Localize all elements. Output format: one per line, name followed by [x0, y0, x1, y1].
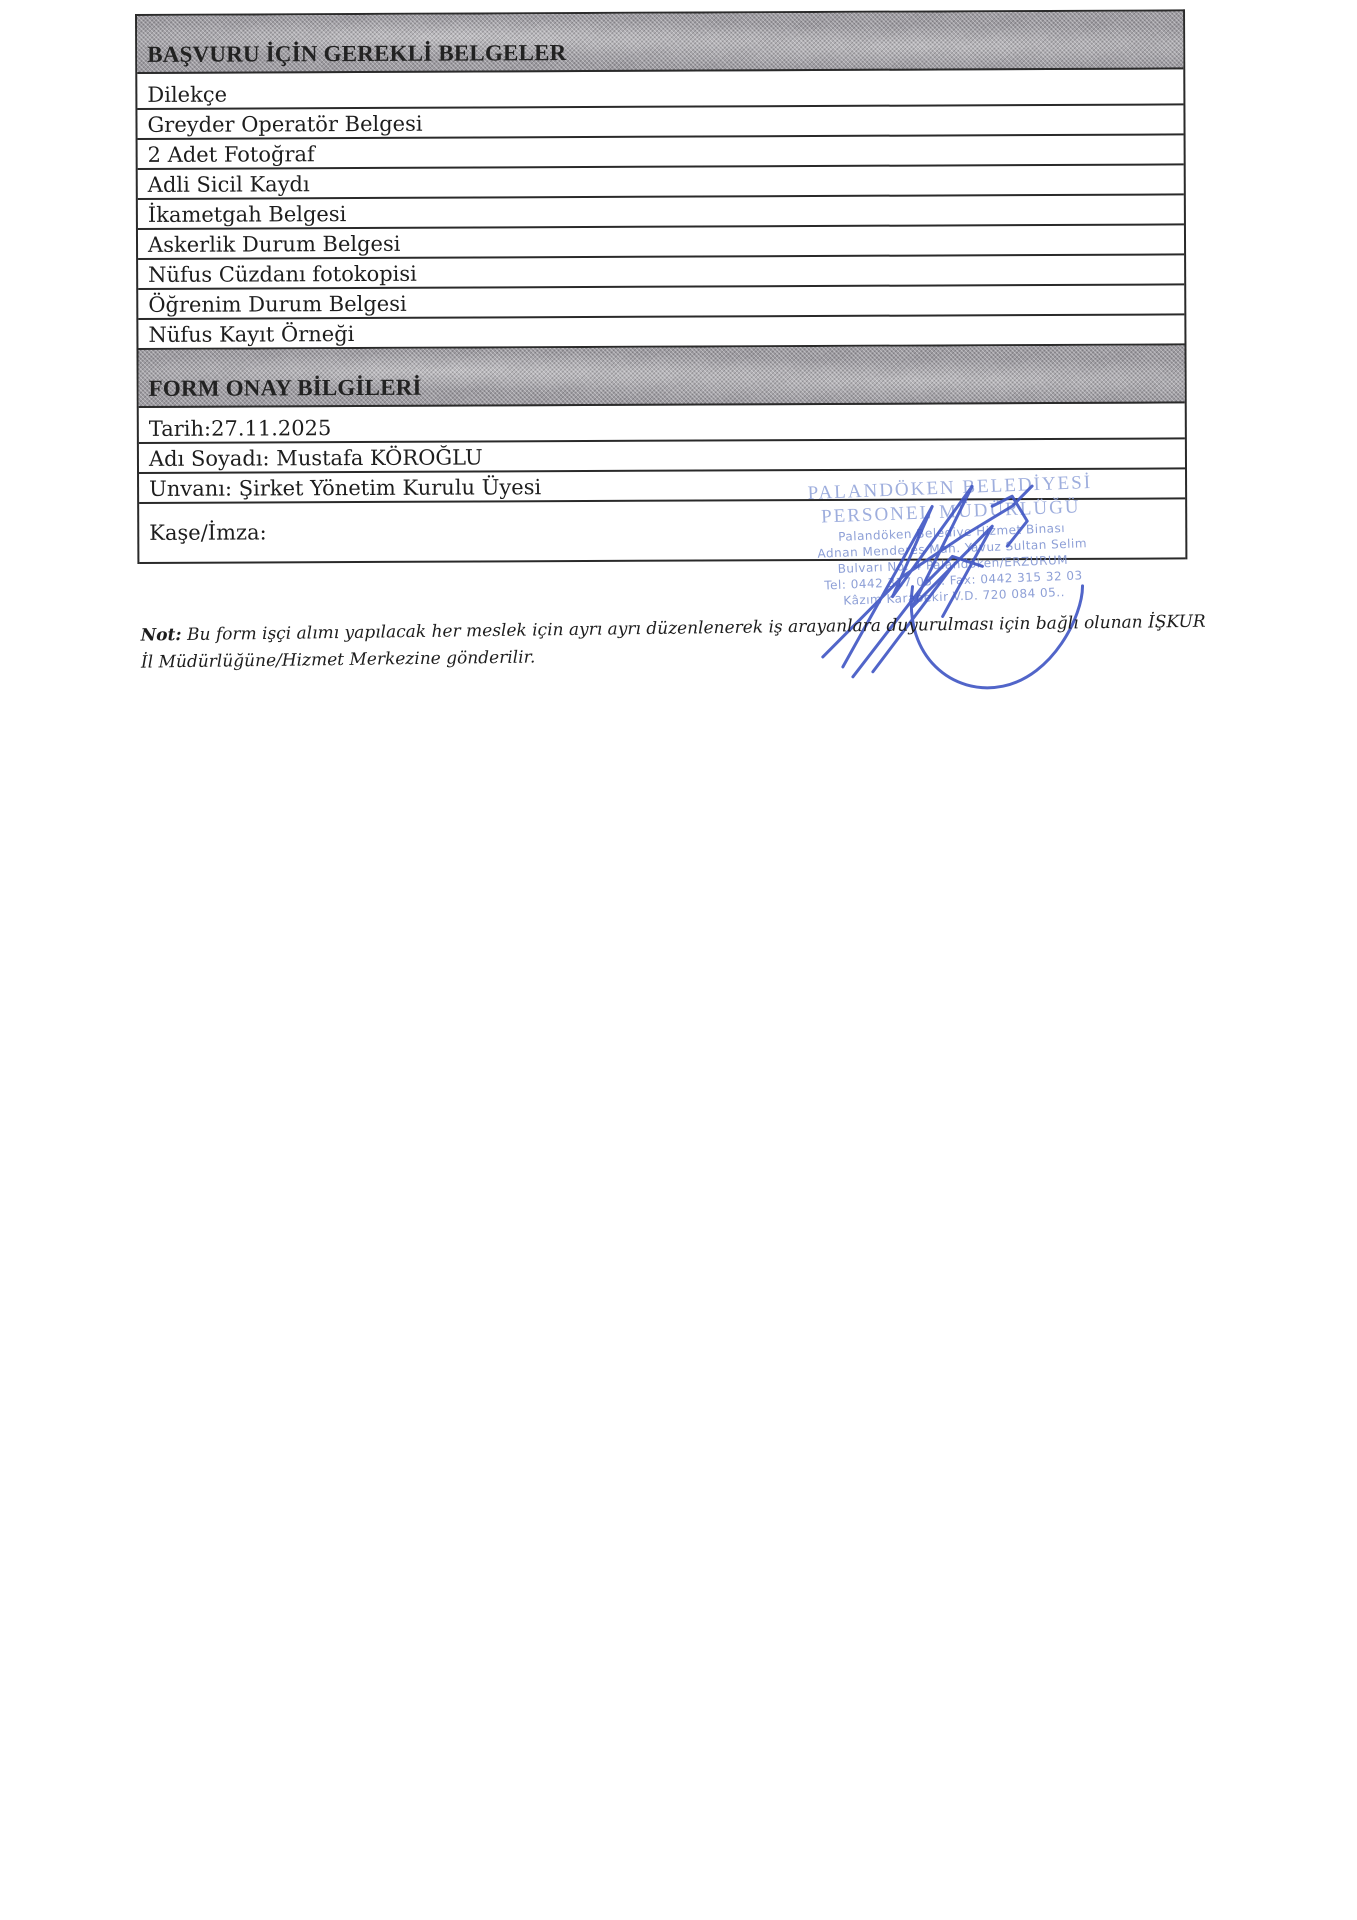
approval-header: FORM ONAY BİLGİLERİ — [138, 345, 1184, 408]
document-row: Askerlik Durum Belgesi — [138, 225, 1184, 260]
date-row: Tarih:27.11.2025 — [139, 403, 1185, 444]
document-item: Adli Sicil Kaydı — [148, 171, 310, 198]
document-item: Nüfus Kayıt Örneği — [148, 321, 354, 348]
document-item: İkametgah Belgesi — [148, 201, 347, 228]
name-field: Adı Soyadı: Mustafa KÖROĞLU — [149, 444, 483, 471]
document-row: 2 Adet Fotoğraf — [138, 135, 1184, 170]
document-row: Dilekçe — [137, 69, 1183, 110]
note-text: Bu form işçi alımı yapılacak her meslek … — [141, 612, 1206, 673]
required-documents-header: BAŞVURU İÇİN GEREKLİ BELGELER — [137, 11, 1183, 74]
document-page: BAŞVURU İÇİN GEREKLİ BELGELER Dilekçe Gr… — [0, 0, 1357, 1920]
document-item: Askerlik Durum Belgesi — [148, 231, 401, 258]
document-row: İkametgah Belgesi — [138, 195, 1184, 230]
required-documents-title: BAŞVURU İÇİN GEREKLİ BELGELER — [147, 40, 566, 68]
document-item: 2 Adet Fotoğraf — [148, 141, 315, 168]
document-item: Öğrenim Durum Belgesi — [148, 291, 407, 318]
document-item: Greyder Operatör Belgesi — [147, 111, 422, 138]
document-row: Öğrenim Durum Belgesi — [138, 285, 1184, 320]
document-row: Greyder Operatör Belgesi — [137, 105, 1183, 140]
document-row: Adli Sicil Kaydı — [138, 165, 1184, 200]
document-item: Nüfus Cüzdanı fotokopisi — [148, 261, 417, 288]
date-field: Tarih:27.11.2025 — [149, 415, 332, 442]
title-field: Unvanı: Şirket Yönetim Kurulu Üyesi — [149, 474, 541, 502]
document-row: Nüfus Cüzdanı fotokopisi — [138, 255, 1184, 290]
document-row: Nüfus Kayıt Örneği — [138, 315, 1184, 350]
stamp-signature-label: Kaşe/İmza: — [149, 519, 266, 546]
approval-title: FORM ONAY BİLGİLERİ — [149, 375, 422, 402]
note-prefix: Not: — [140, 625, 181, 646]
document-item: Dilekçe — [147, 82, 227, 108]
